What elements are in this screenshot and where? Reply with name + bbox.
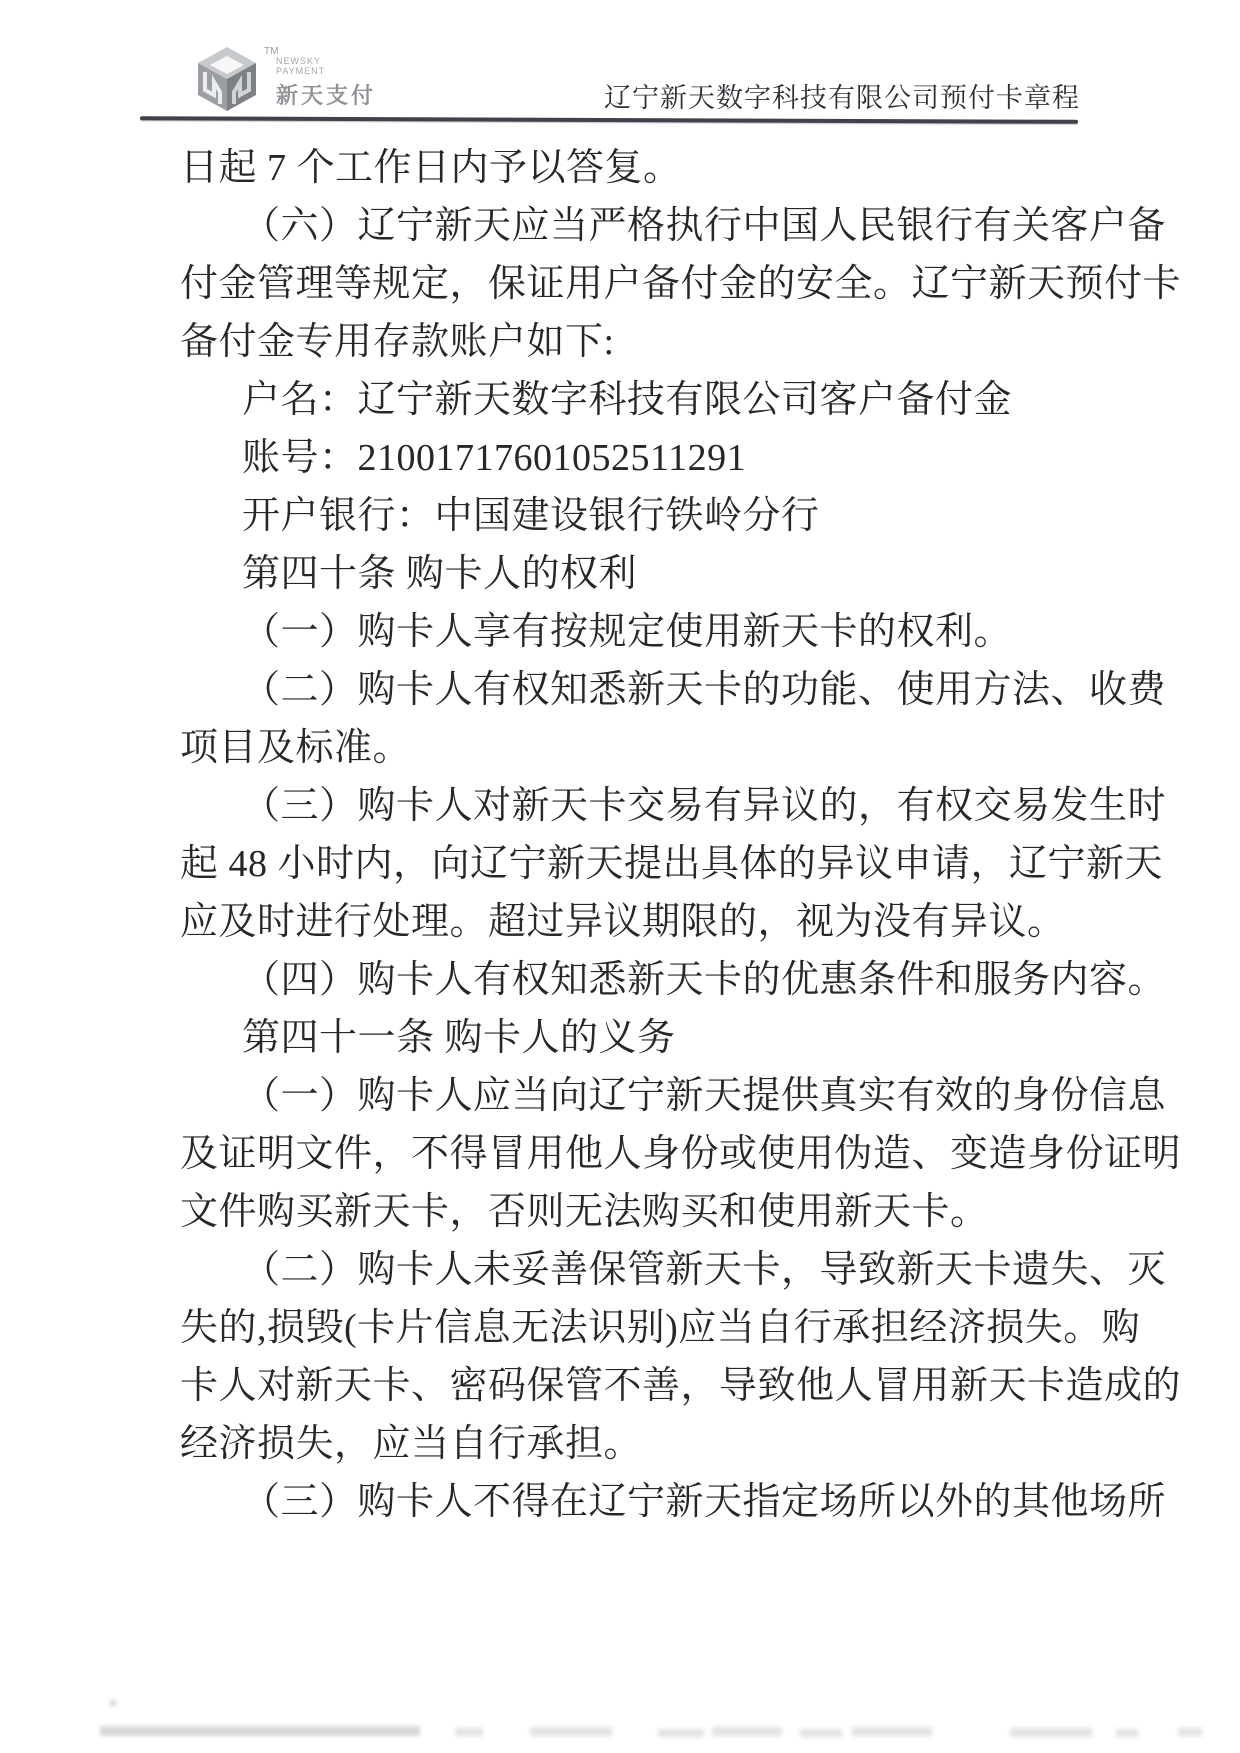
text-line: （一）购卡人应当向辽宁新天提供真实有效的身份信息	[180, 1067, 1100, 1125]
document-body: 日起 7 个工作日内予以答复。（六）辽宁新天应当严格执行中国人民银行有关客户备付…	[180, 139, 1100, 1531]
text-line: （三）购卡人对新天卡交易有异议的，有权交易发生时	[180, 777, 1100, 835]
text-line: 备付金专用存款账户如下:	[180, 313, 1100, 371]
text-line: 户名：辽宁新天数字科技有限公司客户备付金	[180, 371, 1100, 429]
newsky-cube-logo-icon	[192, 44, 262, 112]
text-line: 第四十一条 购卡人的义务	[180, 1009, 1100, 1067]
text-line: 卡人对新天卡、密码保管不善，导致他人冒用新天卡造成的	[180, 1357, 1100, 1415]
scan-speck	[110, 1700, 116, 1706]
scan-smudge	[455, 1728, 483, 1736]
text-line: （三）购卡人不得在辽宁新天指定场所以外的其他场所	[180, 1473, 1100, 1531]
scan-smudge	[712, 1727, 782, 1736]
scan-smudge	[530, 1727, 612, 1736]
text-line: 失的,损毁(卡片信息无法识别)应当自行承担经济损失。购	[180, 1299, 1100, 1357]
scan-smudge	[100, 1726, 420, 1736]
text-line: 经济损失，应当自行承担。	[180, 1415, 1100, 1473]
text-line: （一）购卡人享有按规定使用新天卡的权利。	[180, 603, 1100, 661]
text-line: （四）购卡人有权知悉新天卡的优惠条件和服务内容。	[180, 951, 1100, 1009]
text-line: 账号：21001717601052511291	[180, 429, 1100, 487]
document-title: 辽宁新天数字科技有限公司预付卡章程	[440, 76, 1080, 115]
logo-brand-en-line1: NEWSKY	[276, 56, 376, 66]
logo-text: NEWSKY PAYMENT 新天支付	[276, 56, 376, 110]
document-page: TM NEWSKY PAYMENT 新天支付 辽宁新天数字科技有限公司预付卡章程…	[0, 0, 1240, 1753]
text-line: 应及时进行处理。超过异议期限的，视为没有异议。	[180, 893, 1100, 951]
text-line: （二）购卡人有权知悉新天卡的功能、使用方法、收费	[180, 661, 1100, 719]
scan-smudge	[800, 1729, 842, 1737]
text-line: （二）购卡人未妥善保管新天卡，导致新天卡遗失、灭	[180, 1241, 1100, 1299]
logo-brand-en-line2: PAYMENT	[276, 66, 376, 76]
scan-smudge	[658, 1729, 704, 1737]
logo-brand-cn: 新天支付	[276, 79, 376, 110]
text-line: 项目及标准。	[180, 719, 1100, 777]
text-line: 开户银行：中国建设银行铁岭分行	[180, 487, 1100, 545]
text-line: （六）辽宁新天应当严格执行中国人民银行有关客户备	[180, 197, 1100, 255]
scan-smudge	[852, 1727, 932, 1736]
text-line: 起 48 小时内，向辽宁新天提出具体的异议申请，辽宁新天	[180, 835, 1100, 893]
text-line: 文件购买新天卡，否则无法购买和使用新天卡。	[180, 1183, 1100, 1241]
text-line: 第四十条 购卡人的权利	[180, 545, 1100, 603]
scan-smudge	[1010, 1728, 1092, 1737]
scan-smudge	[1178, 1728, 1202, 1736]
text-line: 及证明文件，不得冒用他人身份或使用伪造、变造身份证明	[180, 1125, 1100, 1183]
header-divider-line	[140, 116, 1078, 123]
page-header: TM NEWSKY PAYMENT 新天支付 辽宁新天数字科技有限公司预付卡章程	[0, 0, 1240, 130]
scan-smudge	[1116, 1729, 1138, 1737]
company-logo: TM NEWSKY PAYMENT 新天支付	[192, 44, 422, 114]
text-line: 付金管理等规定，保证用户备付金的安全。辽宁新天预付卡	[180, 255, 1100, 313]
text-line: 日起 7 个工作日内予以答复。	[180, 139, 1100, 197]
